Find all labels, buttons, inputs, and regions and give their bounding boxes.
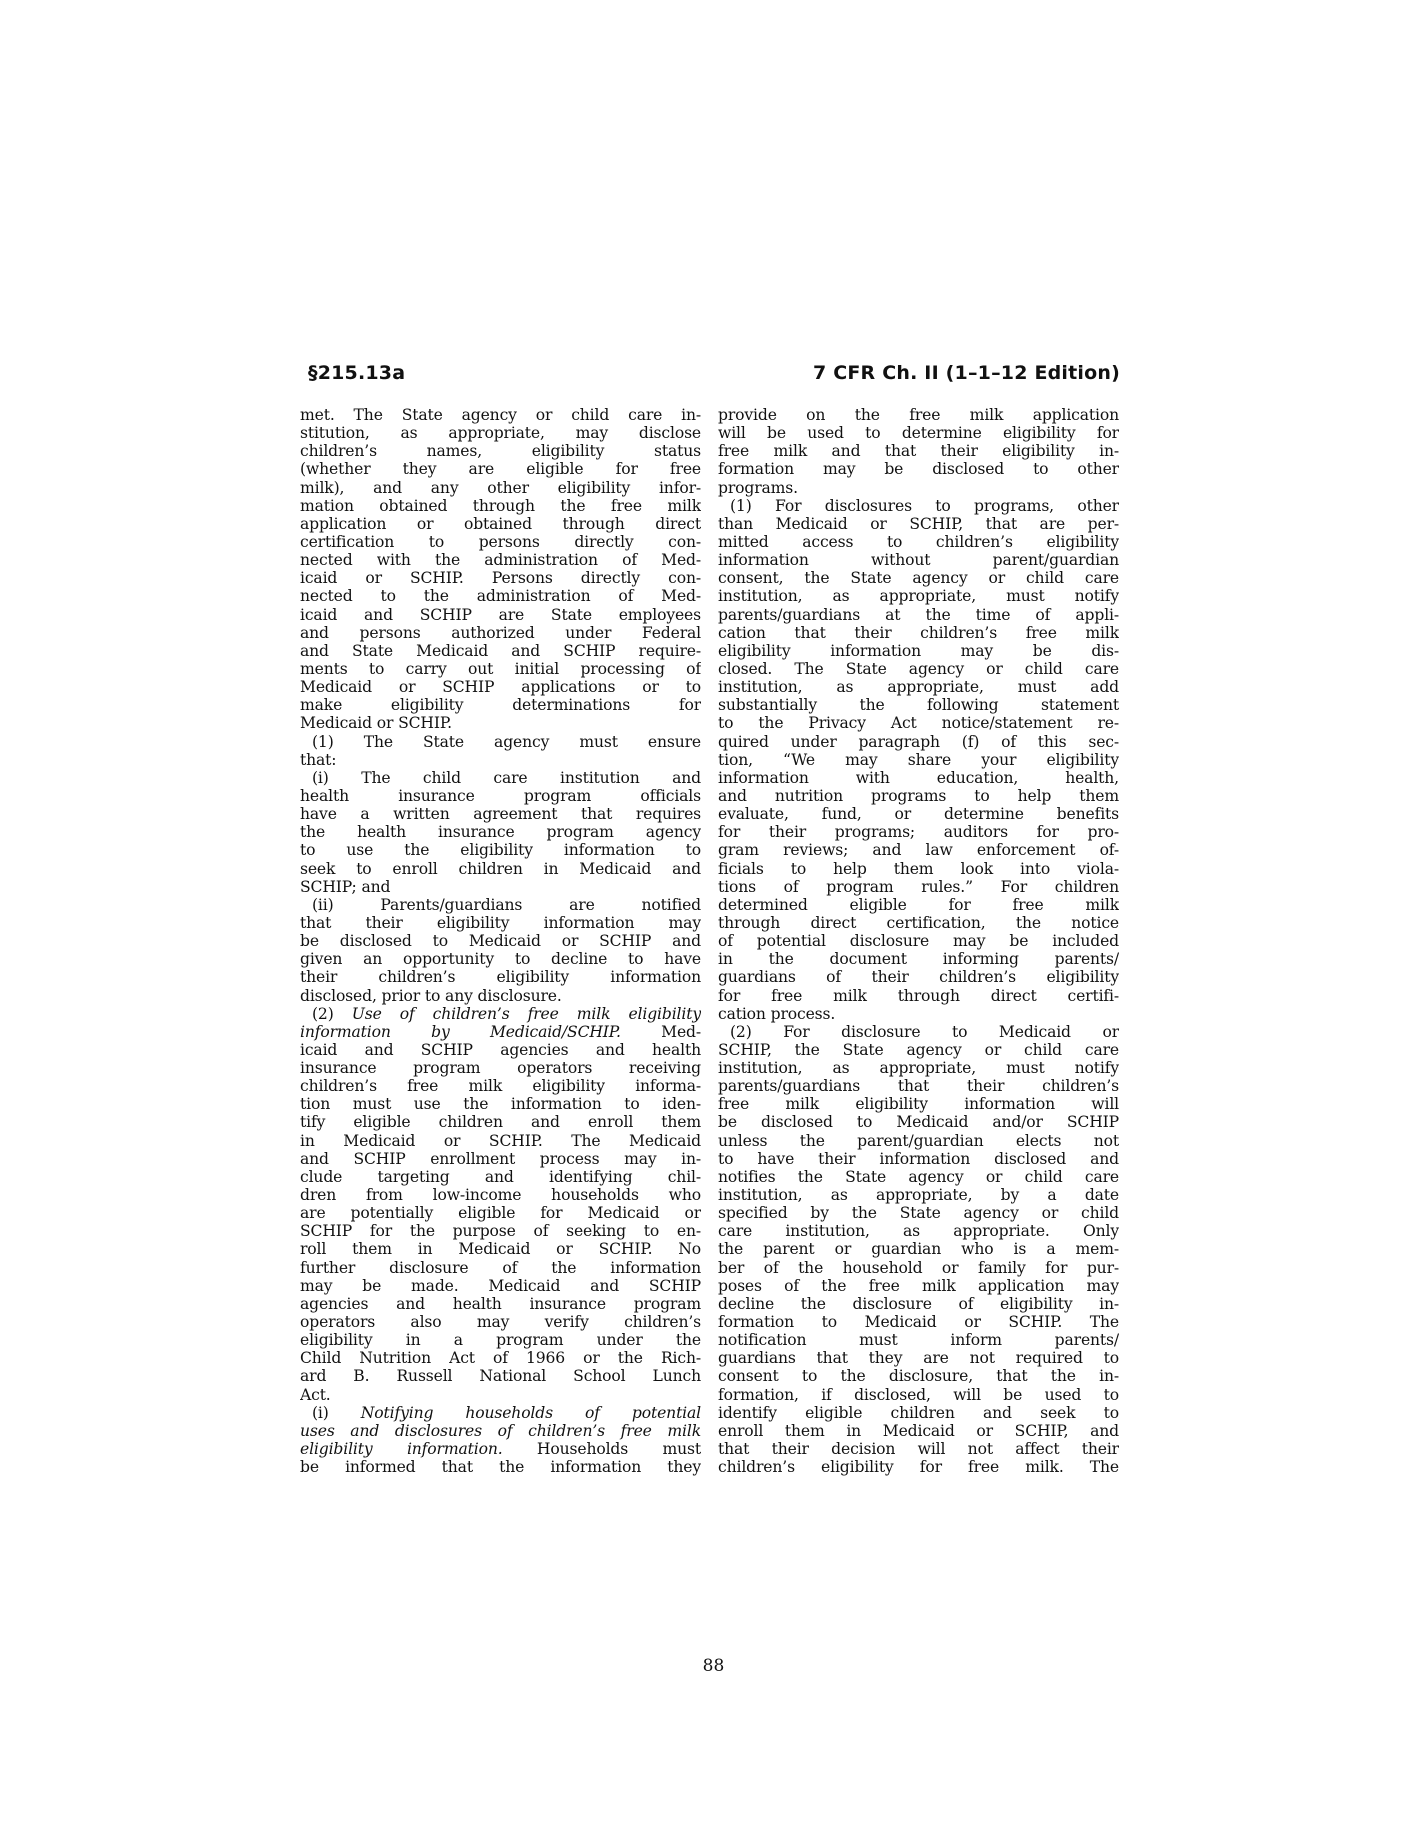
text-line: further disclosure of the information	[300, 1259, 701, 1277]
text-line: tion, “We may share your eligibility	[718, 751, 1119, 769]
text-line: that:	[300, 751, 701, 769]
text-line: tify eligible children and enroll them	[300, 1113, 701, 1131]
left-text-column: met. The State agency or child care in-s…	[300, 406, 701, 1476]
text-line: seek to enroll children in Medicaid and	[300, 860, 701, 878]
text-line: (i) The child care institution and	[300, 769, 701, 787]
text-line: that their eligibility information may	[300, 914, 701, 932]
text-line: institution, as appropriate, must notify	[718, 1059, 1119, 1077]
text-line: and State Medicaid and SCHIP require-	[300, 642, 701, 660]
text-line: met. The State agency or child care in-	[300, 406, 701, 424]
text-line: consent to the disclosure, that the in-	[718, 1367, 1119, 1385]
text-line: mitted access to children’s eligibility	[718, 533, 1119, 551]
text-line: nected to the administration of Med-	[300, 587, 701, 605]
text-line: uses and disclosures of children’s free …	[300, 1422, 701, 1440]
document-page: §215.13a 7 CFR Ch. II (1–1–12 Edition) m…	[0, 0, 1427, 1847]
text-line: determined eligible for free milk	[718, 896, 1119, 914]
italic-heading-text: uses and disclosures of children’s free …	[300, 1422, 701, 1440]
text-line: have a written agreement that requires	[300, 805, 701, 823]
text-line: and persons authorized under Federal	[300, 624, 701, 642]
text-line: mation obtained through the free milk	[300, 497, 701, 515]
text-line: free milk eligibility information will	[718, 1095, 1119, 1113]
text-line: to the Privacy Act notice/statement re-	[718, 714, 1119, 732]
text-line: the health insurance program agency	[300, 823, 701, 841]
text-line: consent, the State agency or child care	[718, 569, 1119, 587]
text-line: in the document informing parents/	[718, 950, 1119, 968]
text-line: formation, if disclosed, will be used to	[718, 1386, 1119, 1404]
italic-heading-text: Use of children’s free milk eligibility	[352, 1005, 701, 1023]
text-line: substantially the following statement	[718, 696, 1119, 714]
text-line: agencies and health insurance program	[300, 1295, 701, 1313]
text-line: children’s names, eligibility status	[300, 442, 701, 460]
text-line: roll them in Medicaid or SCHIP. No	[300, 1240, 701, 1258]
text-line: are potentially eligible for Medicaid or	[300, 1204, 701, 1222]
text-line: given an opportunity to decline to have	[300, 950, 701, 968]
text-line: to have their information disclosed and	[718, 1150, 1119, 1168]
text-line: their children’s eligibility information	[300, 968, 701, 986]
text-line: health insurance program officials	[300, 787, 701, 805]
text-line: clude targeting and identifying chil-	[300, 1168, 701, 1186]
running-head: §215.13a 7 CFR Ch. II (1–1–12 Edition)	[300, 362, 1120, 392]
text-line: children’s eligibility for free milk. Th…	[718, 1458, 1119, 1476]
page-number: 88	[0, 1656, 1427, 1676]
text-line: (ii) Parents/guardians are notified	[300, 896, 701, 914]
text-line: provide on the free milk application	[718, 406, 1119, 424]
text-line: cation that their children’s free milk	[718, 624, 1119, 642]
text-line: stitution, as appropriate, may disclose	[300, 424, 701, 442]
text-line: eligibility information may be dis-	[718, 642, 1119, 660]
text-line: be disclosed to Medicaid or SCHIP and	[300, 932, 701, 950]
text-line: parents/guardians at the time of appli-	[718, 606, 1119, 624]
section-number: §215.13a	[308, 362, 405, 384]
text-line: disclosed, prior to any disclosure.	[300, 987, 701, 1005]
text-line: care institution, as appropriate. Only	[718, 1222, 1119, 1240]
text-line: and nutrition programs to help them	[718, 787, 1119, 805]
text-line: institution, as appropriate, by a date	[718, 1186, 1119, 1204]
text-line: ficials to help them look into viola-	[718, 860, 1119, 878]
text-line: unless the parent/guardian elects not	[718, 1132, 1119, 1150]
text-line: cation process.	[718, 1005, 1119, 1023]
text-line: enroll them in Medicaid or SCHIP, and	[718, 1422, 1119, 1440]
text-line: through direct certification, the notice	[718, 914, 1119, 932]
text-line: (2) For disclosure to Medicaid or	[718, 1023, 1119, 1041]
text-line: of potential disclosure may be included	[718, 932, 1119, 950]
text-line: notification must inform parents/	[718, 1331, 1119, 1349]
text-line: will be used to determine eligibility fo…	[718, 424, 1119, 442]
text-line: icaid and SCHIP are State employees	[300, 606, 701, 624]
text-line: tions of program rules.” For children	[718, 878, 1119, 896]
text-line: may be made. Medicaid and SCHIP	[300, 1277, 701, 1295]
text-line: eligibility in a program under the	[300, 1331, 701, 1349]
text-line: (whether they are eligible for free	[300, 460, 701, 478]
text-line: tion must use the information to iden-	[300, 1095, 701, 1113]
text-line: (1) For disclosures to programs, other	[718, 497, 1119, 515]
text-line: the parent or guardian who is a mem-	[718, 1240, 1119, 1258]
text-line: SCHIP for the purpose of seeking to en-	[300, 1222, 701, 1240]
text-line: notifies the State agency or child care	[718, 1168, 1119, 1186]
text-line: than Medicaid or SCHIP, that are per-	[718, 515, 1119, 533]
text-line: parents/guardians that their children’s	[718, 1077, 1119, 1095]
text-line: guardians that they are not required to	[718, 1349, 1119, 1367]
text-line: insurance program operators receiving	[300, 1059, 701, 1077]
text-line: dren from low-income households who	[300, 1186, 701, 1204]
text-line: that their decision will not affect thei…	[718, 1440, 1119, 1458]
text-line: Medicaid or SCHIP applications or to	[300, 678, 701, 696]
text-line: operators also may verify children’s	[300, 1313, 701, 1331]
right-text-column: provide on the free milk applicationwill…	[718, 406, 1119, 1476]
text-line: ments to carry out initial processing of	[300, 660, 701, 678]
text-line: information without parent/guardian	[718, 551, 1119, 569]
cfr-edition-title: 7 CFR Ch. II (1–1–12 Edition)	[813, 362, 1120, 384]
text-line: icaid and SCHIP agencies and health	[300, 1041, 701, 1059]
italic-heading-text: information by Medicaid/SCHIP.	[300, 1023, 621, 1041]
text-line: icaid or SCHIP. Persons directly con-	[300, 569, 701, 587]
text-line: Child Nutrition Act of 1966 or the Rich-	[300, 1349, 701, 1367]
text-line: be informed that the information they	[300, 1458, 701, 1476]
text-line: programs.	[718, 479, 1119, 497]
text-line: certification to persons directly con-	[300, 533, 701, 551]
text-line: in Medicaid or SCHIP. The Medicaid	[300, 1132, 701, 1150]
text-line: institution, as appropriate, must add	[718, 678, 1119, 696]
text-line: and SCHIP enrollment process may in-	[300, 1150, 701, 1168]
text-line: application or obtained through direct	[300, 515, 701, 533]
text-line: gram reviews; and law enforcement of-	[718, 841, 1119, 859]
italic-heading-text: eligibility information.	[300, 1440, 503, 1458]
text-line: make eligibility determinations for	[300, 696, 701, 714]
text-line: identify eligible children and seek to	[718, 1404, 1119, 1422]
text-line: poses of the free milk application may	[718, 1277, 1119, 1295]
text-line: be disclosed to Medicaid and/or SCHIP	[718, 1113, 1119, 1131]
text-line: ard B. Russell National School Lunch	[300, 1367, 701, 1385]
text-line: quired under paragraph (f) of this sec-	[718, 733, 1119, 751]
text-line: ber of the household or family for pur-	[718, 1259, 1119, 1277]
text-line: closed. The State agency or child care	[718, 660, 1119, 678]
text-line: evaluate, fund, or determine benefits	[718, 805, 1119, 823]
text-line: free milk and that their eligibility in-	[718, 442, 1119, 460]
text-line: guardians of their children’s eligibilit…	[718, 968, 1119, 986]
text-line: nected with the administration of Med-	[300, 551, 701, 569]
text-line: children’s free milk eligibility informa…	[300, 1077, 701, 1095]
text-line: formation to Medicaid or SCHIP. The	[718, 1313, 1119, 1331]
text-line: Act.	[300, 1386, 701, 1404]
text-line: information by Medicaid/SCHIP. Med-	[300, 1023, 701, 1041]
text-line: information with education, health,	[718, 769, 1119, 787]
text-line: milk), and any other eligibility infor-	[300, 479, 701, 497]
text-line: SCHIP, the State agency or child care	[718, 1041, 1119, 1059]
text-line: for free milk through direct certifi-	[718, 987, 1119, 1005]
text-line: for their programs; auditors for pro-	[718, 823, 1119, 841]
text-line: eligibility information. Households must	[300, 1440, 701, 1458]
italic-heading-text: Notifying households of potential	[361, 1404, 701, 1422]
text-line: to use the eligibility information to	[300, 841, 701, 859]
text-line: Medicaid or SCHIP.	[300, 714, 701, 732]
text-line: institution, as appropriate, must notify	[718, 587, 1119, 605]
text-line: specified by the State agency or child	[718, 1204, 1119, 1222]
text-line: SCHIP; and	[300, 878, 701, 896]
text-line: (1) The State agency must ensure	[300, 733, 701, 751]
text-line: (2) Use of children’s free milk eligibil…	[300, 1005, 701, 1023]
text-line: formation may be disclosed to other	[718, 460, 1119, 478]
text-line: (i) Notifying households of potential	[300, 1404, 701, 1422]
text-line: decline the disclosure of eligibility in…	[718, 1295, 1119, 1313]
